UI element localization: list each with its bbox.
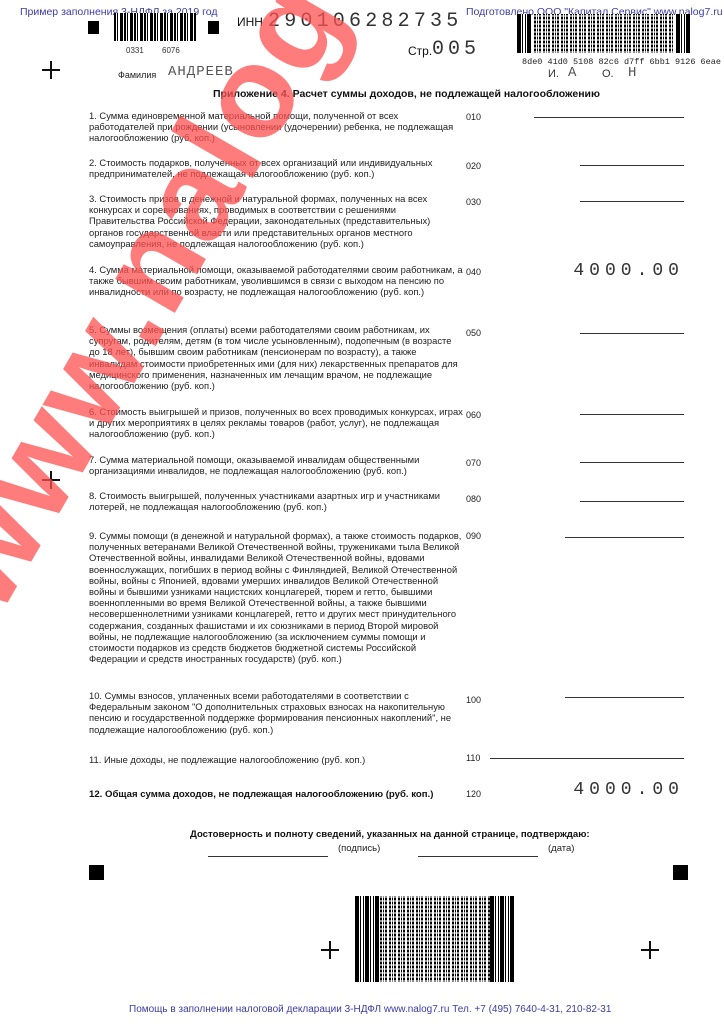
- page-label: Стр.: [408, 44, 432, 58]
- row-code-030: 030: [466, 197, 481, 207]
- initial-name-label: И.: [548, 68, 559, 80]
- row-text-090: 9. Суммы помощи (в денежной и натурально…: [89, 530, 464, 664]
- bottom-barcode: [380, 896, 490, 982]
- row-field-080[interactable]: [580, 501, 684, 502]
- row-text-080: 8. Стоимость выигрышей, полученных участ…: [89, 490, 464, 512]
- row-text-070: 7. Сумма материальной помощи, оказываемо…: [89, 454, 464, 476]
- surname-label: Фамилия: [118, 70, 156, 80]
- registration-mark: [208, 21, 219, 34]
- row-code-050: 050: [466, 328, 481, 338]
- row-text-100: 10. Суммы взносов, уплаченных всеми рабо…: [89, 690, 464, 735]
- crosshair-mark: [321, 941, 339, 959]
- crosshair-mark: [42, 61, 60, 79]
- row-text-030: 3. Стоимость призов в денежной и натурал…: [89, 193, 464, 249]
- barcode-digits-2: 6076: [162, 46, 180, 55]
- signature-field[interactable]: [208, 856, 328, 857]
- inn-value: 290106282735: [268, 10, 462, 33]
- row-code-070: 070: [466, 458, 481, 468]
- registration-mark: [673, 865, 688, 880]
- initial-patronymic-value: Н: [628, 65, 636, 81]
- row-text-040: 4. Сумма материальной помощи, оказываемо…: [89, 264, 464, 298]
- qr-barcode-edge: [517, 14, 531, 53]
- row-code-090: 090: [466, 531, 481, 541]
- qr-barcode: [534, 14, 674, 53]
- row-code-040: 040: [466, 267, 481, 277]
- row-text-010: 1. Сумма единовременной материальной пом…: [89, 110, 464, 144]
- signature-label: (подпись): [338, 843, 380, 854]
- registration-mark: [88, 21, 99, 34]
- crosshair-mark: [641, 941, 659, 959]
- initial-name-value: А: [568, 65, 576, 81]
- row-code-010: 010: [466, 112, 481, 122]
- row-field-060[interactable]: [580, 414, 684, 415]
- row-value-040[interactable]: 4000.00: [573, 261, 684, 281]
- row-field-020[interactable]: [580, 165, 684, 166]
- date-field[interactable]: [418, 856, 538, 857]
- row-text-020: 2. Стоимость подарков, полученных от все…: [89, 157, 464, 179]
- row-code-120: 120: [466, 789, 481, 799]
- row-code-080: 080: [466, 494, 481, 504]
- row-value-120[interactable]: 4000.00: [573, 780, 684, 800]
- row-code-060: 060: [466, 410, 481, 420]
- barcode-digits-1: 0331: [126, 46, 144, 55]
- row-field-110[interactable]: [490, 758, 684, 759]
- row-field-030[interactable]: [580, 201, 684, 202]
- qr-barcode-edge: [676, 14, 690, 53]
- row-text-050: 5. Суммы возмещения (оплаты) всеми работ…: [89, 324, 464, 391]
- surname-value: АНДРЕЕВ: [168, 64, 234, 80]
- qr-caption: 8de0 41d0 5108 82c6 d7ff 6bb1 9126 6eae: [522, 57, 721, 67]
- confirmation-text: Достоверность и полноту сведений, указан…: [190, 829, 590, 840]
- footer-help-link[interactable]: Помощь в заполнении налоговой декларации…: [129, 1004, 611, 1015]
- row-field-070[interactable]: [580, 462, 684, 463]
- row-field-090[interactable]: [565, 537, 684, 538]
- row-field-010[interactable]: [534, 117, 684, 118]
- inn-label: ИНН: [237, 15, 263, 29]
- bottom-barcode-edge: [355, 896, 379, 982]
- row-text-120: 12. Общая сумма доходов, не подлежащая н…: [89, 789, 464, 800]
- row-code-110: 110: [466, 753, 480, 763]
- row-text-110: 11. Иные доходы, не подлежащие налогообл…: [89, 754, 464, 765]
- page-value: 005: [432, 38, 480, 61]
- bottom-barcode-edge: [490, 896, 514, 982]
- date-label: (дата): [548, 843, 574, 854]
- initial-patronymic-label: О.: [602, 68, 614, 80]
- row-code-100: 100: [466, 695, 481, 705]
- barcode: [114, 13, 196, 41]
- form-title: Приложение 4. Расчет суммы доходов, не п…: [213, 88, 600, 100]
- row-code-020: 020: [466, 161, 481, 171]
- row-field-100[interactable]: [565, 697, 684, 698]
- row-text-060: 6. Стоимость выигрышей и призов, получен…: [89, 406, 464, 440]
- registration-mark: [89, 865, 104, 880]
- row-field-050[interactable]: [580, 333, 684, 334]
- crosshair-mark: [42, 471, 60, 489]
